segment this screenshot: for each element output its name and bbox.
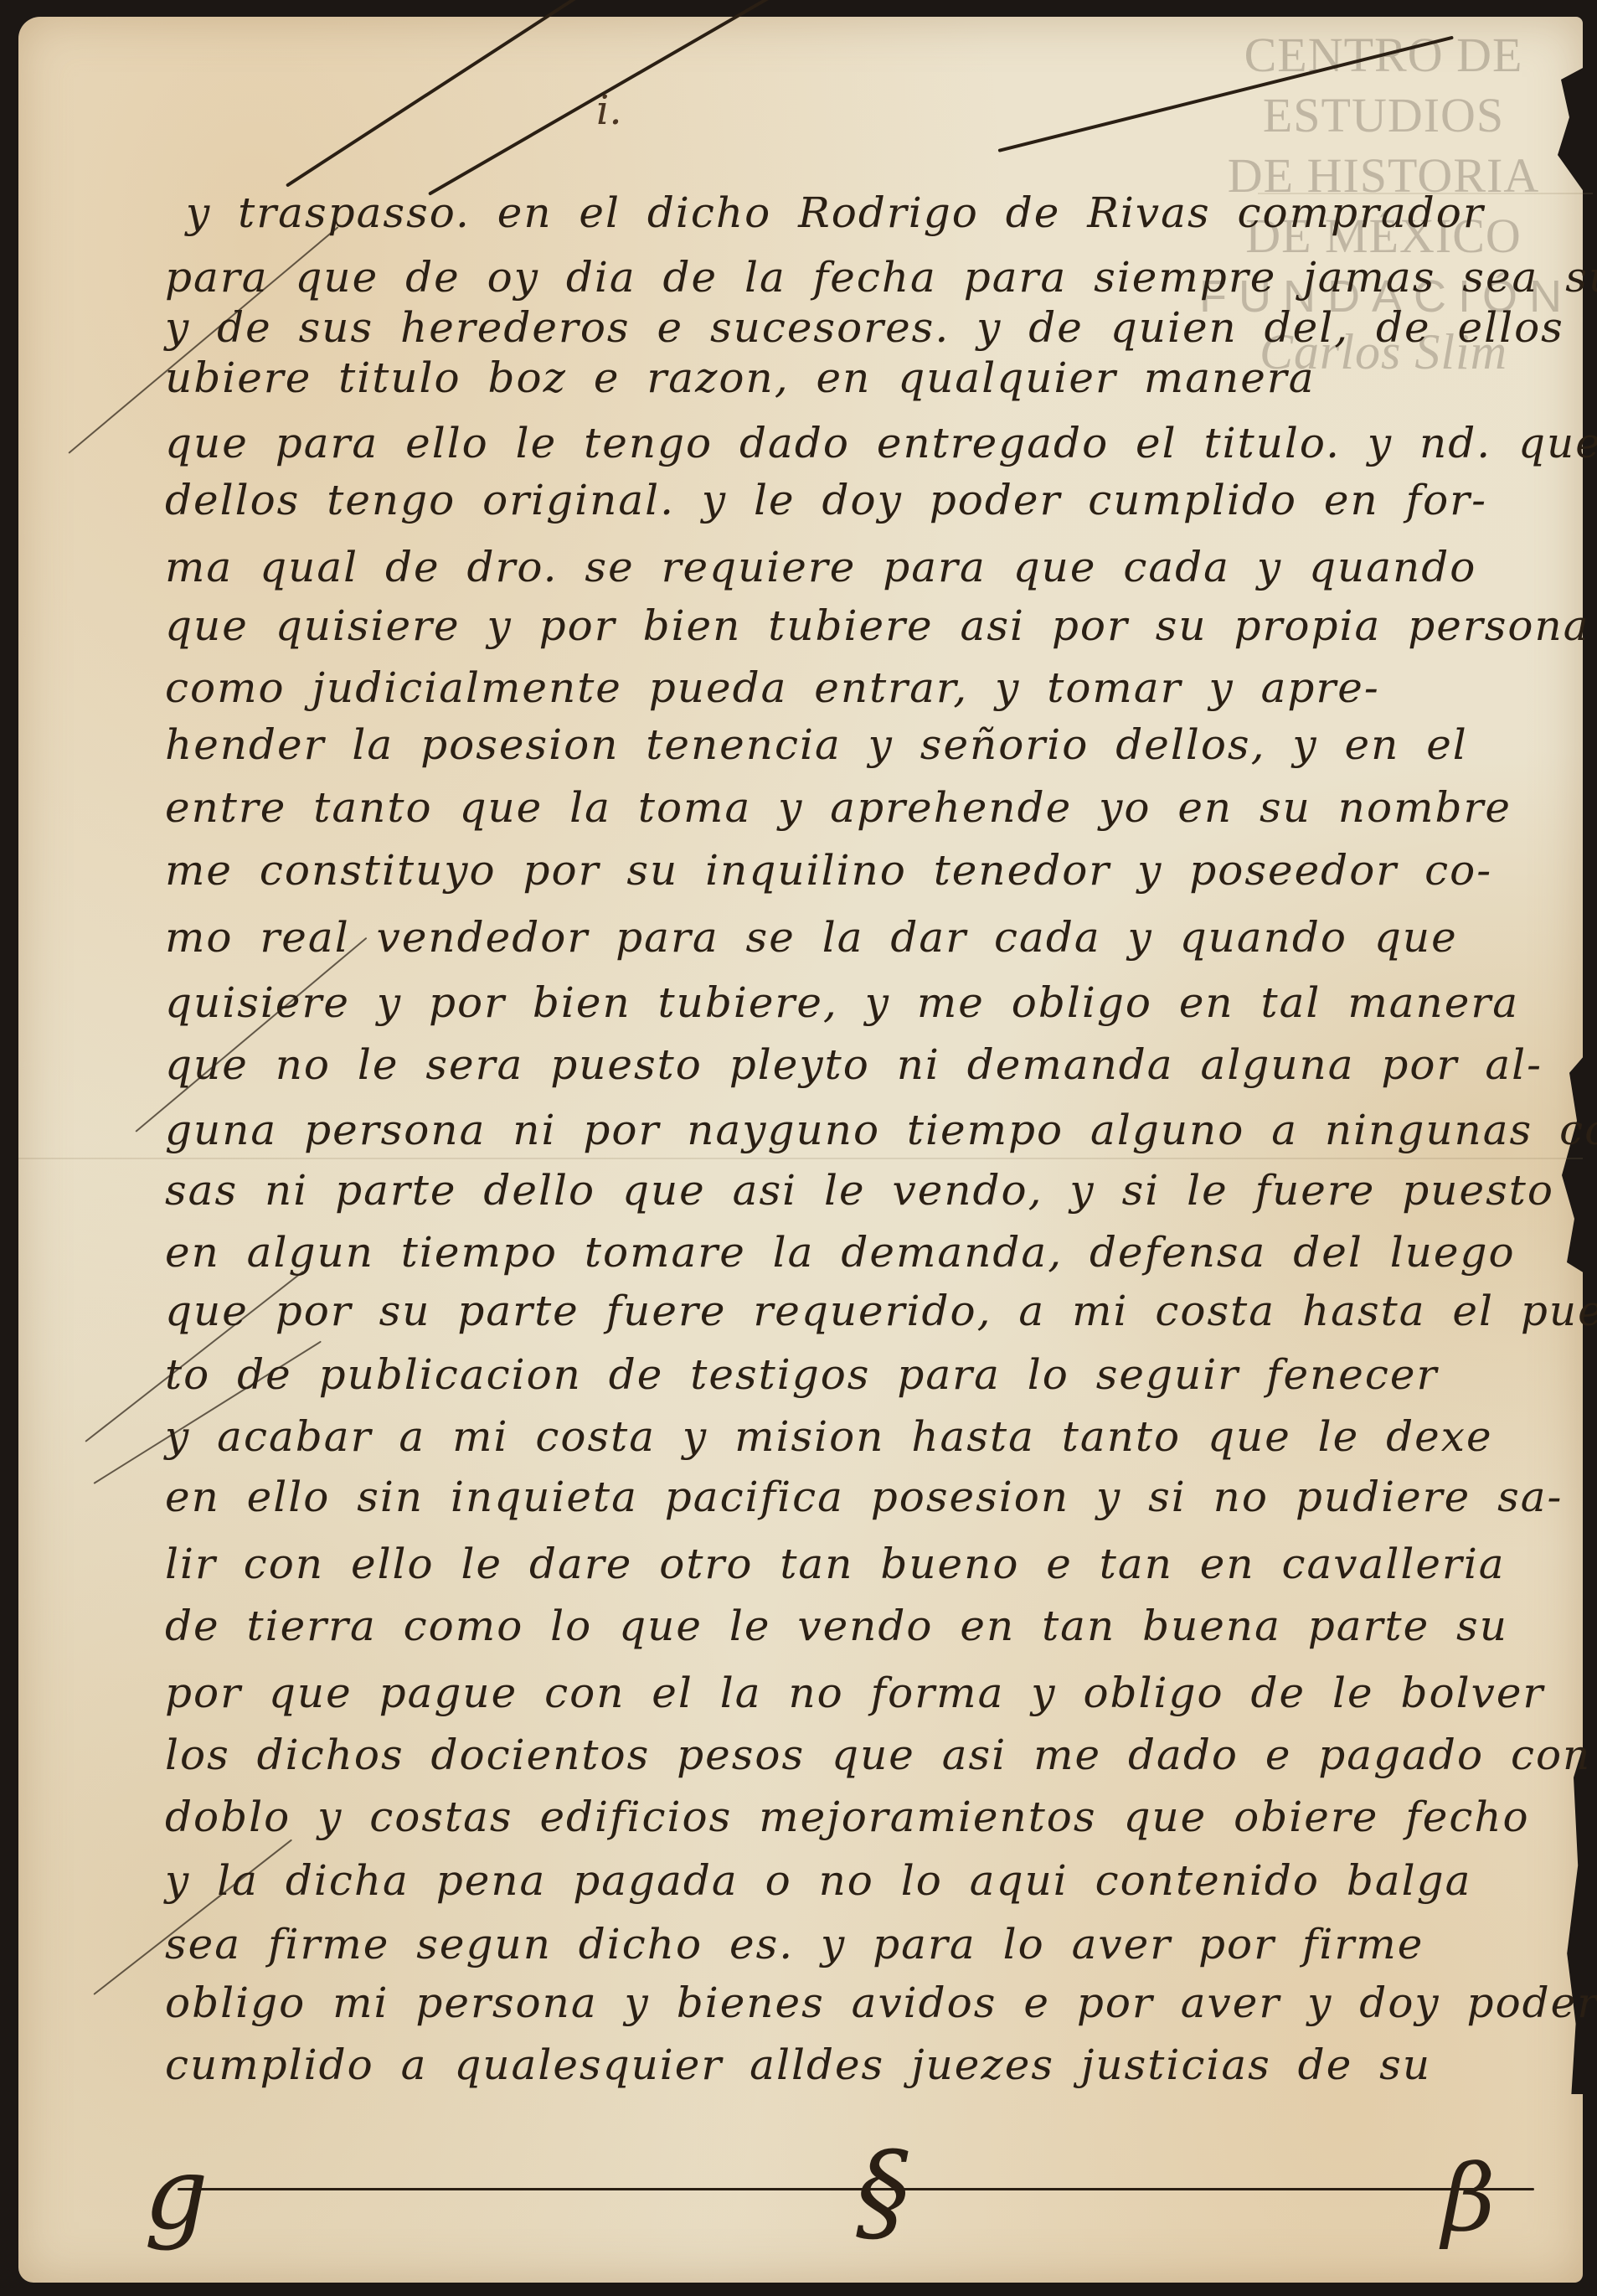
manuscript-line: y traspasso. en el dicho Rodrigo de Riva… <box>186 188 1533 237</box>
right-flourish: β <box>1442 2144 1496 2252</box>
manuscript-line: ubiere titulo boz e razon, en qualquier … <box>165 353 1533 402</box>
folio-mark: i. <box>596 87 622 134</box>
manuscript-line: como judicialmente pueda entrar, y tomar… <box>165 663 1533 712</box>
manuscript-line: dellos tengo original. y le doy poder cu… <box>165 476 1533 524</box>
manuscript-line: y de sus herederos e sucesores. y de qui… <box>165 303 1533 352</box>
manuscript-page: CENTRO DE ESTUDIOS DE HISTORIA DE MÉXICO… <box>18 17 1583 2283</box>
torn-edge-top-right <box>1551 67 1584 193</box>
manuscript-line: de tierra como lo que le vendo en tan bu… <box>165 1602 1533 1650</box>
manuscript-line: mo real vendedor para se la dar cada y q… <box>165 913 1533 962</box>
manuscript-line: y acabar a mi costa y mision hasta tanto… <box>165 1412 1533 1461</box>
manuscript-line: hender la posesion tenencia y señorio de… <box>165 720 1533 769</box>
manuscript-line: en algun tiempo tomare la demanda, defen… <box>165 1228 1533 1277</box>
center-flourish: § <box>856 2128 910 2255</box>
manuscript-line: para que de oy dia de la fecha para siem… <box>165 253 1533 302</box>
manuscript-line: cumplido a qualesquier alldes juezes jus… <box>165 2041 1533 2089</box>
pen-stroke-diagonal <box>998 36 1454 152</box>
manuscript-line: quisiere y por bien tubiere, y me obligo… <box>165 978 1533 1027</box>
manuscript-line: los dichos docientos pesos que asi me da… <box>165 1731 1533 1779</box>
manuscript-line: sea firme segun dicho es. y para lo aver… <box>165 1920 1533 1968</box>
manuscript-line: ma qual de dro. se requiere para que cad… <box>165 543 1533 591</box>
torn-edge-right-middle <box>1559 1055 1584 1273</box>
pen-stroke-diagonal <box>135 937 367 1133</box>
manuscript-line: que no le sera puesto pleyto ni demanda … <box>165 1040 1533 1089</box>
fold-crease-upper <box>18 1158 1583 1159</box>
pen-stroke-diagonal <box>286 0 617 188</box>
manuscript-line: obligo mi persona y bienes avidos e por … <box>165 1979 1533 2027</box>
manuscript-line: por que pague con el la no forma y oblig… <box>165 1669 1533 1717</box>
manuscript-line: que por su parte fuere requerido, a mi c… <box>165 1287 1533 1335</box>
manuscript-line: doblo y costas edificios mejoramientos q… <box>165 1793 1533 1841</box>
manuscript-line: y la dicha pena pagada o no lo aqui cont… <box>165 1856 1533 1905</box>
manuscript-line: to de publicacion de testigos para lo se… <box>165 1350 1533 1399</box>
manuscript-line: entre tanto que la toma y aprehende yo e… <box>165 783 1533 832</box>
manuscript-line: en ello sin inquieta pacifica posesion y… <box>165 1473 1533 1521</box>
manuscript-line: que quisiere y por bien tubiere asi por … <box>165 601 1533 650</box>
manuscript-line: me constituyo por su inquilino tenedor y… <box>165 846 1533 895</box>
manuscript-line: que para ello le tengo dado entregado el… <box>165 419 1533 467</box>
manuscript-line: lir con ello le dare otro tan bueno e ta… <box>165 1540 1533 1588</box>
torn-edge-right-lower <box>1563 1742 1584 2094</box>
watermark-line: ESTUDIOS <box>1199 85 1568 146</box>
manuscript-line: sas ni parte dello que asi le vendo, y s… <box>165 1166 1533 1215</box>
left-flourish: g <box>144 2136 209 2252</box>
manuscript-line: guna persona ni por nayguno tiempo algun… <box>165 1106 1533 1154</box>
